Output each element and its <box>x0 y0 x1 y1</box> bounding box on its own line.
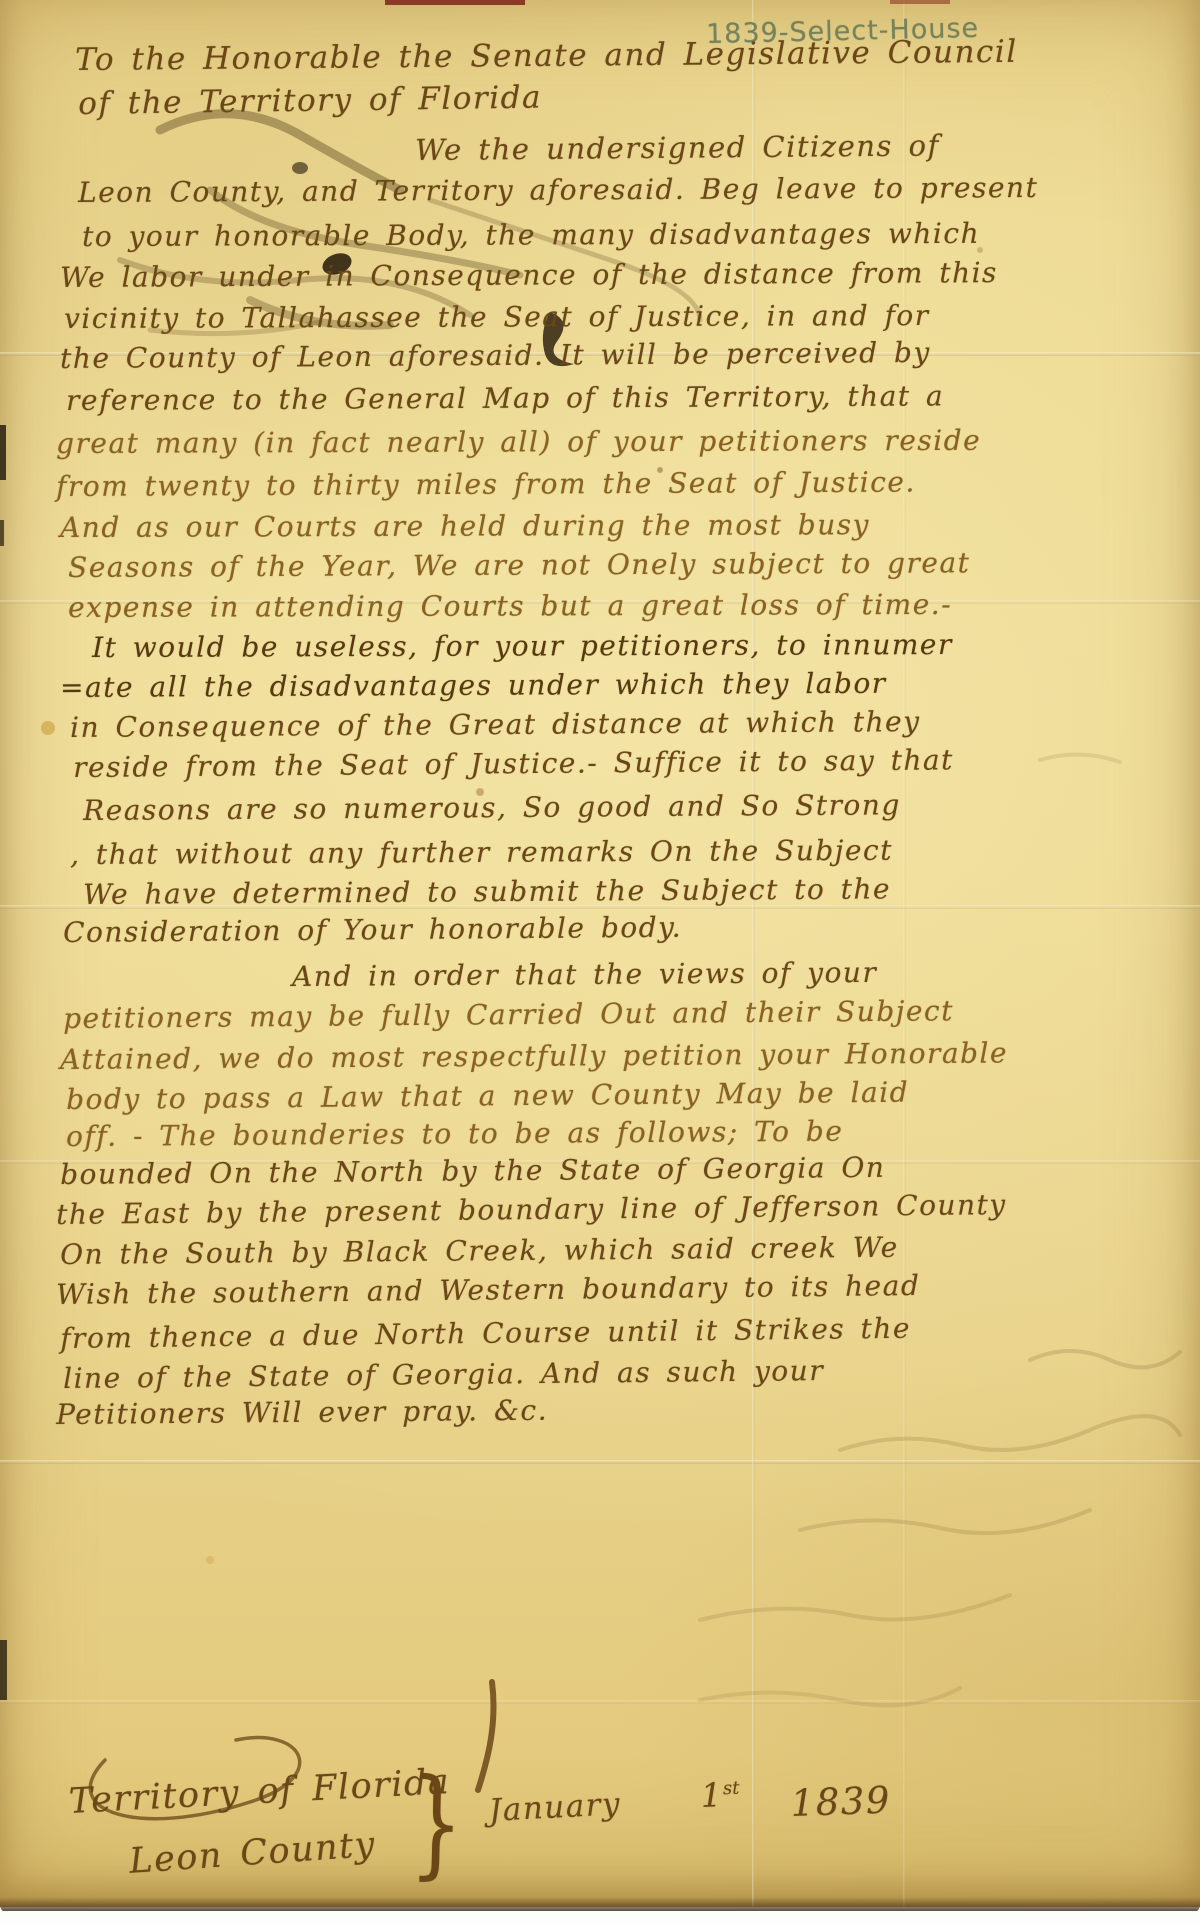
handwritten-line: Consideration of Your honorable body. <box>63 911 682 949</box>
handwritten-line: from twenty to thirty miles from the Sea… <box>56 465 916 503</box>
handwritten-line: reference to the General Map of this Ter… <box>66 379 944 417</box>
scan-edge-artifact <box>0 520 4 546</box>
handwritten-line: in Consequence of the Great distance at … <box>70 705 921 744</box>
handwritten-line: Reasons are so numerous, So good and So … <box>83 788 901 827</box>
date-year: 1839 <box>790 1779 892 1825</box>
handwritten-line: great many (in fact nearly all) of your … <box>56 424 981 460</box>
handwritten-line: Petitioners Will ever pray. &c. <box>56 1394 548 1431</box>
handwritten-line: to your honorable Body, the many disadva… <box>82 217 980 253</box>
scan-edge-artifact <box>0 425 6 480</box>
handwritten-line: =ate all the disadvantages under which t… <box>60 667 887 704</box>
handwritten-line: off. - The bounderies to to be as follow… <box>66 1115 843 1153</box>
document-scan: 1839-Select-House To the Honorable the S… <box>0 0 1200 1923</box>
handwritten-line: And as our Courts are held during the mo… <box>60 508 870 544</box>
scan-margin <box>0 1911 1200 1923</box>
curly-brace: } <box>409 1762 464 1883</box>
date-day-number: 1 <box>700 1775 724 1815</box>
salutation-line: of the Territory of Florida <box>78 80 542 122</box>
handwritten-line: Attained, we do most respectfully petiti… <box>60 1036 1008 1076</box>
scan-edge-artifact <box>890 0 950 4</box>
handwritten-line: We have determined to submit the Subject… <box>83 872 891 911</box>
paper-crease <box>0 1700 1200 1704</box>
date-day: 1st <box>700 1775 740 1815</box>
handwritten-line: , that without any further remarks On th… <box>70 834 893 871</box>
date-month: January <box>488 1786 622 1829</box>
handwritten-line: It would be useless, for your petitioner… <box>92 628 953 664</box>
handwritten-line: vicinity to Tallahassee the Seat of Just… <box>64 299 930 335</box>
paper-crease <box>0 1460 1200 1464</box>
handwritten-line: We the undersigned Citizens of <box>415 128 940 167</box>
scan-edge-artifact <box>385 0 525 5</box>
handwritten-line: And in order that the views of your <box>292 956 877 993</box>
handwritten-line: expense in attending Courts but a great … <box>68 588 952 624</box>
handwritten-line: the County of Leon aforesaid. It will be… <box>60 336 931 375</box>
scan-edge-artifact <box>0 1640 7 1700</box>
date-day-ordinal: st <box>723 1778 740 1800</box>
handwritten-line: Leon County, and Territory aforesaid. Be… <box>78 171 1038 209</box>
handwritten-line: We labor under in Consequence of the dis… <box>60 256 998 294</box>
handwritten-line: Seasons of the Year, We are not Onely su… <box>68 546 970 584</box>
